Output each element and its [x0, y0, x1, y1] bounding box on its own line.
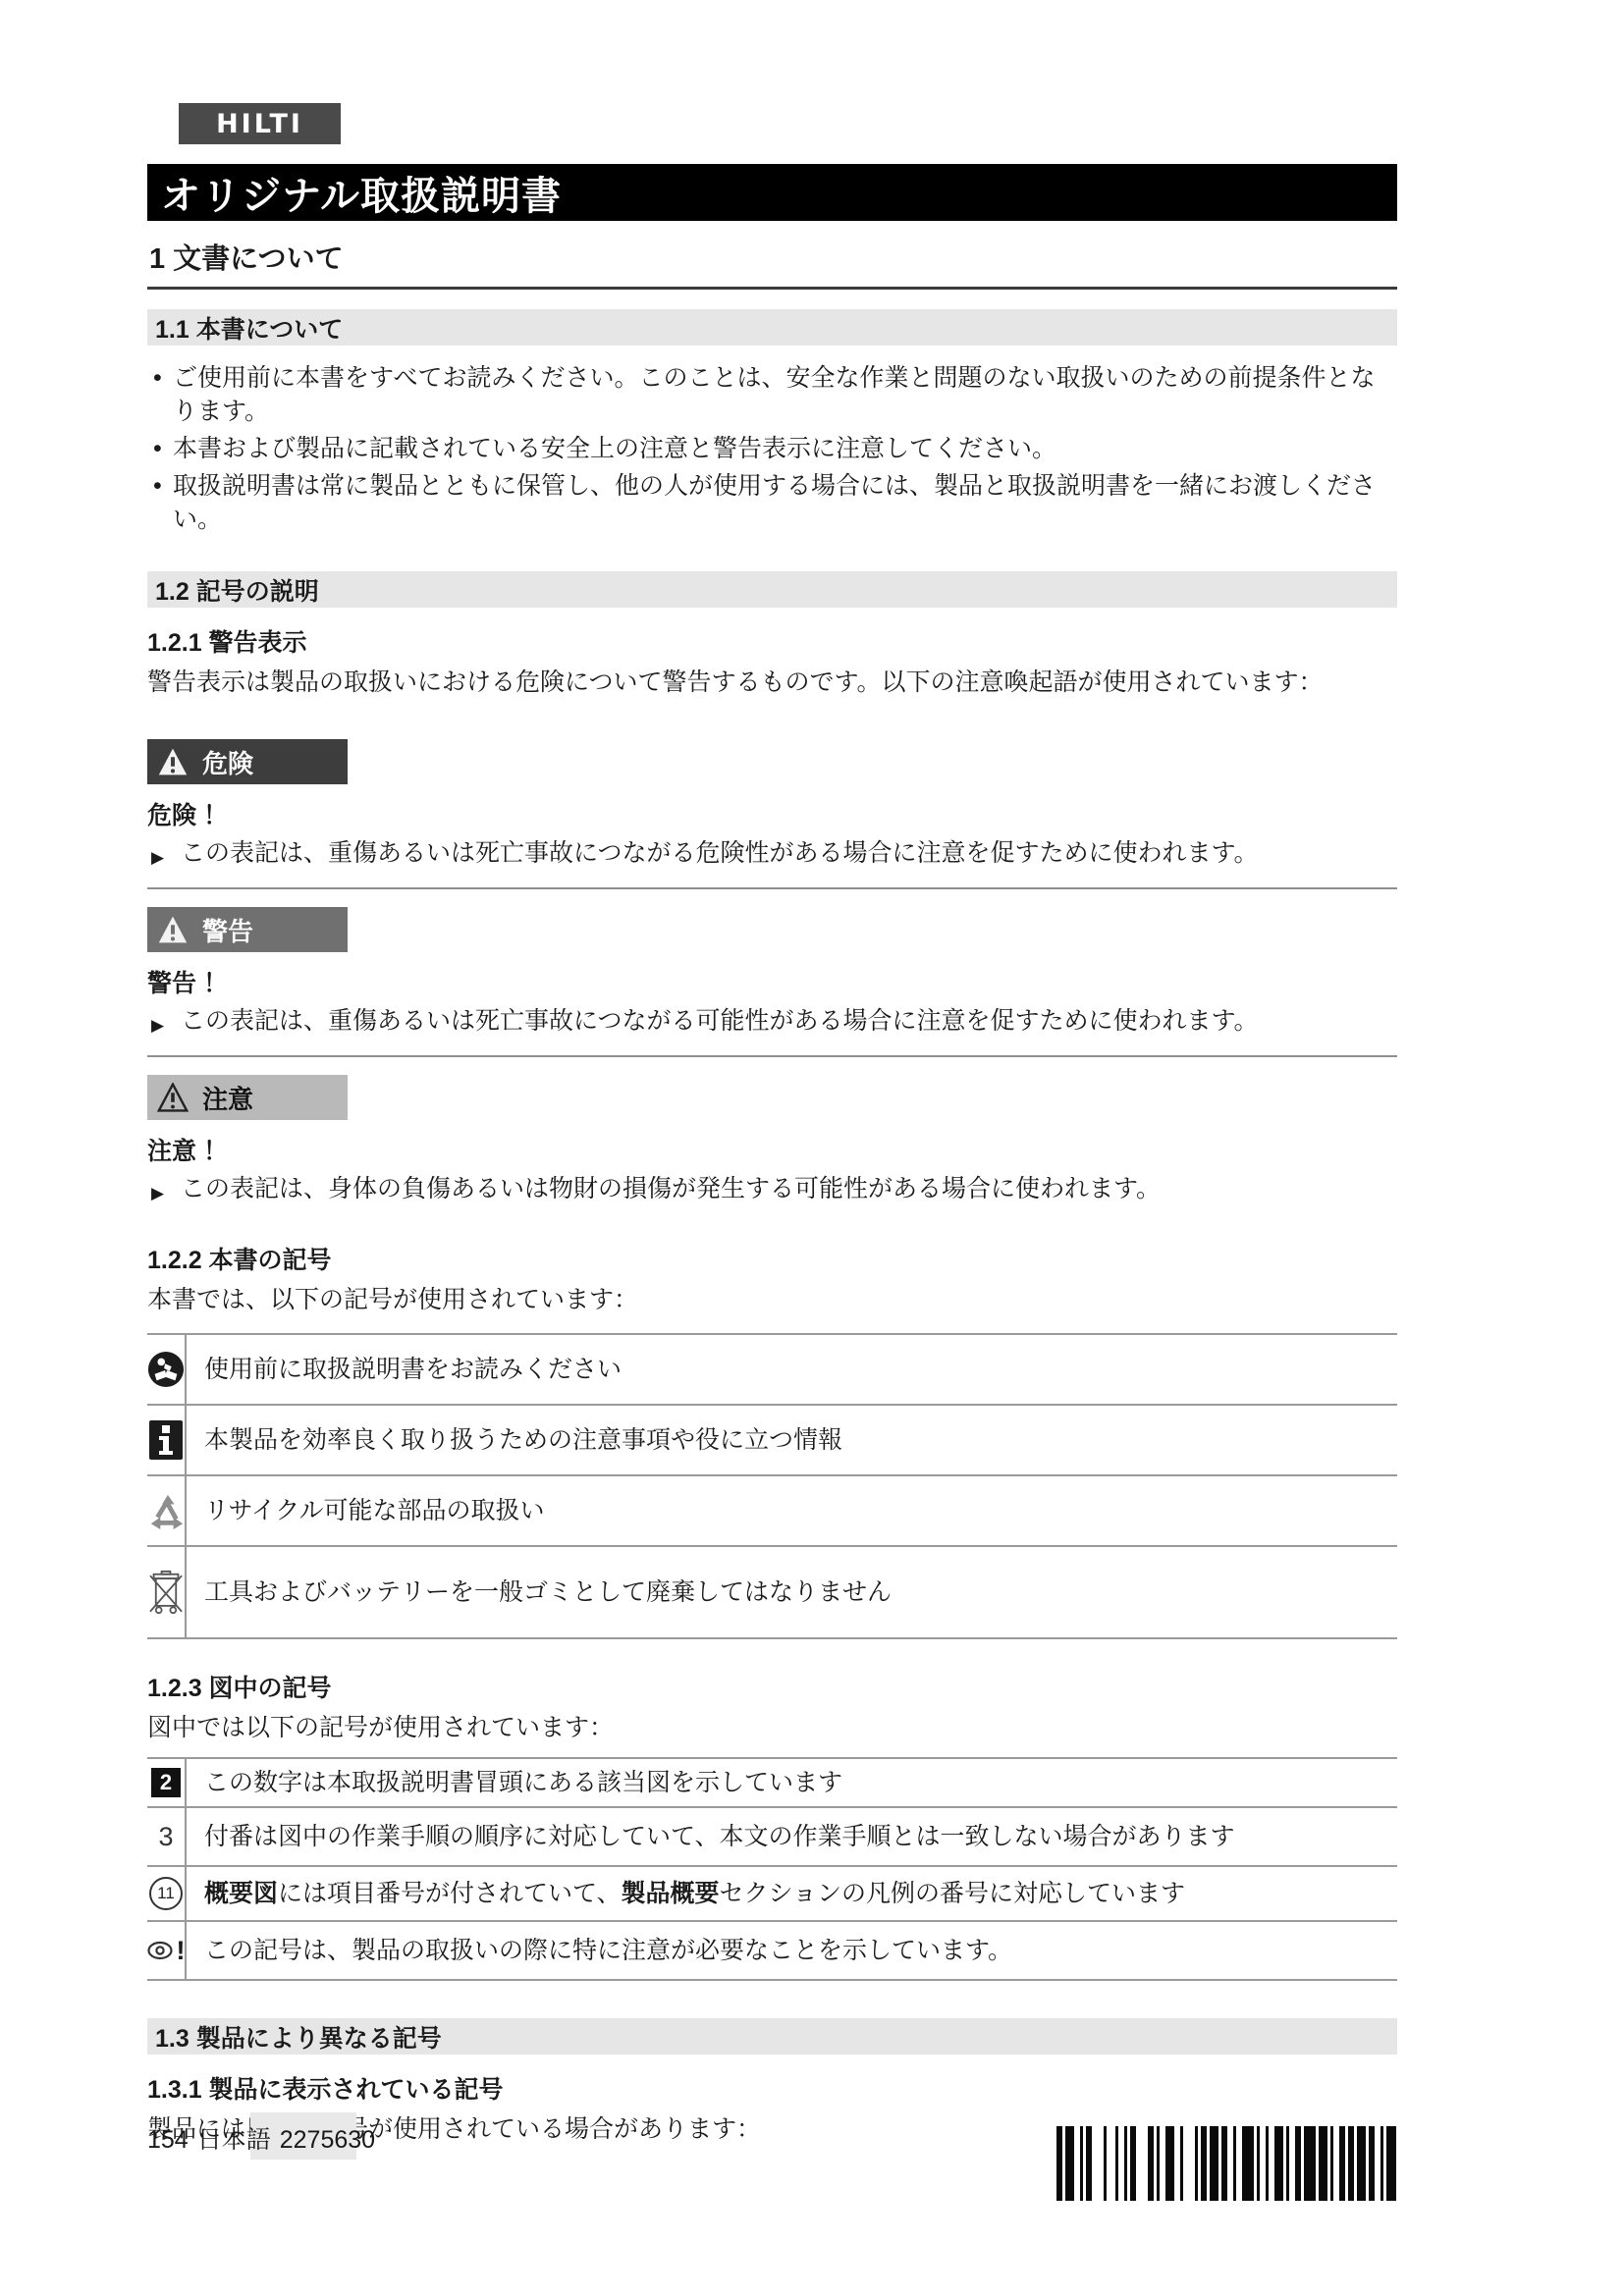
bold-term: 製品概要 [622, 1880, 720, 1907]
subsection-heading-1-3-1: 1.3.1 製品に表示されている記号 [147, 2070, 1397, 2106]
arrow-bullet-marker: ▶ [147, 1005, 181, 1041]
bullet-marker: • [147, 361, 173, 428]
page-content: HILTI オリジナル取扱説明書 1 文書について 1.1 本書について • ご… [147, 0, 1397, 2145]
warning-description: この表記は、重傷あるいは死亡事故につながる可能性がある場合に注意を促すために使わ… [181, 1005, 1259, 1041]
subsection-heading-1-2-3: 1.2.3 図中の記号 [147, 1669, 1397, 1704]
danger-description: この表記は、重傷あるいは死亡事故につながる危険性がある場合に注意を促すために使わ… [181, 837, 1259, 874]
caution-description: この表記は、身体の負傷あるいは物財の損傷が発生する可能性がある場合に使われます。 [181, 1173, 1161, 1209]
list-item: • 取扱説明書は常に製品とともに保管し、他の人が使用する場合には、製品と取扱説明… [147, 469, 1397, 536]
symbol-cell: 2 [147, 1759, 187, 1806]
bullet-marker: • [147, 432, 173, 465]
danger-signal-word: 危険 ！ [147, 796, 1397, 831]
arrow-bullet-marker: ▶ [147, 1173, 181, 1209]
danger-description-row: ▶ この表記は、重傷あるいは死亡事故につながる危険性がある場合に注意を促すために… [147, 837, 1397, 874]
attention-eye-icon: ! [147, 1936, 186, 1966]
arrow-bullet-marker: ▶ [147, 837, 181, 874]
table-row: 工具およびバッテリーを一般ゴミとして廃棄してはなりません [147, 1547, 1397, 1639]
figure-symbols-table: 2 この数字は本取扱説明書冒頭にある該当図を示しています 3 付番は図中の作業手… [147, 1757, 1397, 1981]
about-bullet-list: • ご使用前に本書をすべてお読みください。このことは、安全な作業と問題のない取扱… [147, 361, 1397, 536]
symbol-cell [147, 1476, 187, 1545]
info-icon [148, 1419, 184, 1461]
symbol-description: 工具およびバッテリーを一般ゴミとして廃棄してはなりません [187, 1576, 1397, 1608]
exclamation-mark: ! [177, 1936, 186, 1966]
page-footer: 154日本語2275630 [147, 2120, 384, 2156]
symbol-description: 概要図には項目番号が付されていて、製品概要セクションの凡例の番号に対応しています [187, 1878, 1397, 1909]
caution-label: 注意 [202, 1080, 253, 1116]
warning-signal-word: 警告 ！ [147, 964, 1397, 999]
hilti-logo-text: HILTI [216, 109, 303, 139]
page-number: 154 [147, 2126, 189, 2154]
footer-item-number: 2275630 [280, 2126, 375, 2154]
caution-signal-bar: 注意 [147, 1075, 348, 1120]
bold-term: 概要図 [204, 1880, 278, 1907]
warning-signal-bar: 警告 [147, 907, 348, 952]
section-heading-1-1: 1.1 本書について [147, 309, 1397, 346]
section-heading-1-3: 1.3 製品により異なる記号 [147, 2018, 1397, 2055]
bullet-text: 取扱説明書は常に製品とともに保管し、他の人が使用する場合には、製品と取扱説明書を… [173, 469, 1397, 536]
symbol-description: 本製品を効率良く取り扱うための注意事項や役に立つ情報 [187, 1424, 1397, 1456]
warnings-intro: 警告表示は製品の取扱いにおける危険について警告するものです。以下の注意喚起語が使… [147, 667, 1397, 698]
symbol-cell: 11 [147, 1867, 187, 1920]
table-row: 本製品を効率良く取り扱うための注意事項や役に立つ情報 [147, 1406, 1397, 1476]
hilti-logo: HILTI [179, 103, 341, 144]
table-row: 使用前に取扱説明書をお読みください [147, 1335, 1397, 1406]
doc-symbols-table: 使用前に取扱説明書をお読みください 本製品を効率良く取り扱うための注意事項や役に… [147, 1333, 1397, 1639]
document-title-bar: オリジナル取扱説明書 [147, 164, 1397, 221]
section-heading-1-2: 1.2 記号の説明 [147, 571, 1397, 608]
symbol-description: 使用前に取扱説明書をお読みください [187, 1354, 1397, 1385]
symbol-cell: ! [147, 1922, 187, 1979]
caution-block: 注意 注意 ！ ▶ この表記は、身体の負傷あるいは物財の損傷が発生する可能性があ… [147, 1075, 1397, 1209]
table-row: 2 この数字は本取扱説明書冒頭にある該当図を示しています [147, 1759, 1397, 1808]
symbol-description: この記号は、製品の取扱いの際に特に注意が必要なことを示しています。 [187, 1935, 1397, 1966]
doc-symbols-intro: 本書では、以下の記号が使用されています： [147, 1284, 1397, 1315]
bullet-marker: • [147, 469, 173, 536]
list-item: • ご使用前に本書をすべてお読みください。このことは、安全な作業と問題のない取扱… [147, 361, 1397, 428]
symbol-description: 付番は図中の作業手順の順序に対応していて、本文の作業手順とは一致しない場合があり… [187, 1821, 1397, 1852]
caution-description-row: ▶ この表記は、身体の負傷あるいは物財の損傷が発生する可能性がある場合に使われま… [147, 1173, 1397, 1209]
document-title: オリジナル取扱説明書 [161, 165, 562, 221]
symbol-description: この数字は本取扱説明書冒頭にある該当図を示しています [187, 1767, 1397, 1798]
subsection-heading-1-2-2: 1.2.2 本書の記号 [147, 1241, 1397, 1276]
danger-signal-bar: 危険 [147, 739, 348, 784]
table-row: 11 概要図には項目番号が付されていて、製品概要セクションの凡例の番号に対応して… [147, 1867, 1397, 1922]
bullet-text: ご使用前に本書をすべてお読みください。このことは、安全な作業と問題のない取扱いの… [173, 361, 1397, 428]
footer-language: 日本語 [197, 2126, 271, 2154]
manual-page: HILTI オリジナル取扱説明書 1 文書について 1.1 本書について • ご… [0, 0, 1624, 2296]
recycle-icon [147, 1491, 185, 1530]
warning-description-row: ▶ この表記は、重傷あるいは死亡事故につながる可能性がある場合に注意を促すために… [147, 1005, 1397, 1041]
figure-symbols-intro: 図中では以下の記号が使用されています： [147, 1712, 1397, 1743]
symbol-cell [147, 1406, 187, 1474]
warning-block: 警告 警告 ！ ▶ この表記は、重傷あるいは死亡事故につながる可能性がある場合に… [147, 907, 1397, 1057]
danger-label: 危険 [202, 744, 253, 780]
subsection-heading-1-2-1: 1.2.1 警告表示 [147, 623, 1397, 659]
list-item: • 本書および製品に記載されている安全上の注意と警告表示に注意してください。 [147, 432, 1397, 465]
no-trash-bin-icon [147, 1558, 185, 1627]
bullet-text: 本書および製品に記載されている安全上の注意と警告表示に注意してください。 [173, 432, 1397, 465]
text-part: セクションの凡例の番号に対応しています [720, 1880, 1186, 1907]
table-row: ! この記号は、製品の取扱いの際に特に注意が必要なことを示しています。 [147, 1922, 1397, 1981]
barcode [1056, 2126, 1396, 2201]
warning-triangle-icon [157, 915, 189, 944]
figure-number-badge: 2 [151, 1768, 181, 1797]
warning-triangle-icon [157, 1083, 189, 1112]
warning-triangle-icon [157, 747, 189, 776]
table-row: リサイクル可能な部品の取扱い [147, 1476, 1397, 1547]
overview-number-circle: 11 [149, 1877, 183, 1910]
chapter-heading: 1 文書について [147, 235, 1397, 290]
read-manual-icon [147, 1350, 185, 1389]
symbol-cell: 3 [147, 1808, 187, 1865]
warning-label: 警告 [202, 912, 253, 948]
text-part: には項目番号が付されていて、 [278, 1880, 622, 1907]
danger-block: 危険 危険 ！ ▶ この表記は、重傷あるいは死亡事故につながる危険性がある場合に… [147, 739, 1397, 889]
caution-signal-word: 注意 ！ [147, 1132, 1397, 1167]
symbol-cell [147, 1335, 187, 1404]
table-row: 3 付番は図中の作業手順の順序に対応していて、本文の作業手順とは一致しない場合が… [147, 1808, 1397, 1867]
step-number: 3 [158, 1822, 173, 1852]
symbol-cell [147, 1547, 187, 1637]
symbol-description: リサイクル可能な部品の取扱い [187, 1495, 1397, 1526]
